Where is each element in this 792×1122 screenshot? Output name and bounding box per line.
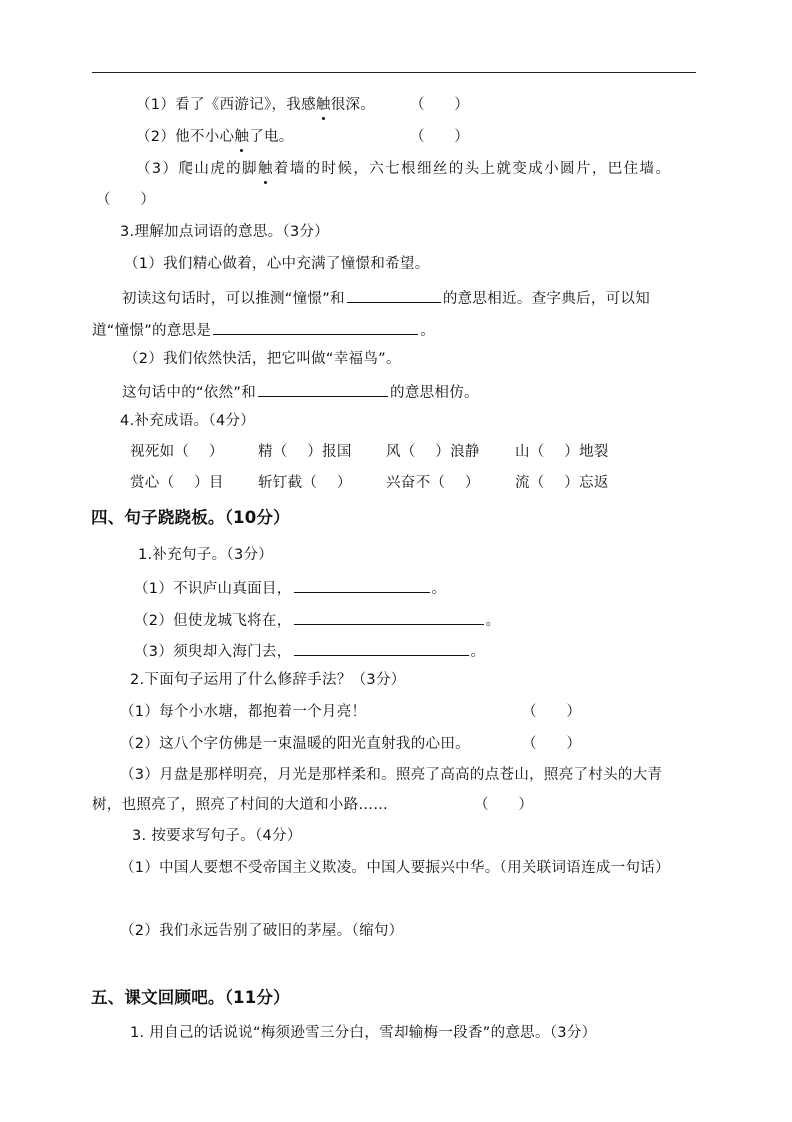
section-heading-4: 四、句子跷跷板。（10分）	[91, 507, 290, 529]
p4-q3-title: 3. 按要求写句子。（4分）	[132, 826, 302, 846]
q2-item-1: （1）看了《西游记》，我感触很深。	[136, 95, 375, 115]
item-text: 着墙的时候，六七根细丝的头上就变成小圆片，巴住墙。	[274, 161, 672, 177]
q2-item-2: （2）他不小心触了电。	[136, 127, 294, 147]
fill-blank[interactable]	[347, 286, 441, 303]
answer-paren[interactable]: （ ）	[474, 795, 533, 815]
fill-blank[interactable]	[258, 380, 388, 397]
item-number: （3）	[136, 161, 178, 177]
p4-q2-item-3: （3）月盘是那样明亮，月光是那样柔和。照亮了高高的点苍山，照亮了村头的大青	[120, 765, 662, 785]
answer-paren-3[interactable]: （ ）	[96, 190, 155, 210]
q3-line-3: 这句话中的“依然”和的意思相仿。	[122, 380, 479, 403]
q3-sentence-1: （1）我们精心做着，心中充满了憧憬和希望。	[124, 254, 430, 274]
fill-blank[interactable]	[294, 608, 484, 625]
item-text: 了电。	[249, 129, 293, 145]
p4-q3-item-1: （1）中国人要想不受帝国主义欺凌。中国人要振兴中华。（用关联词语连成一句话）	[120, 858, 670, 878]
idiom-1-1[interactable]: 视死如（ ）	[130, 442, 224, 462]
idiom-1-2[interactable]: 精（ ）报国	[258, 442, 352, 462]
p4-q3-item-2: （2）我们永远告别了破旧的茅屋。（缩句）	[120, 921, 403, 941]
prompt-text: 。	[420, 323, 435, 339]
prompt-text: 这句话中的“依然”和	[122, 385, 256, 401]
item-number: （1）	[136, 97, 175, 113]
answer-paren-1[interactable]: （ ）	[410, 95, 469, 115]
answer-paren[interactable]: （ ）	[96, 192, 155, 208]
q2-item-3: （3）爬山虎的脚触着墙的时候，六七根细丝的头上就变成小圆片，巴住墙。	[136, 159, 671, 179]
answer-paren-2[interactable]: （ ）	[410, 127, 469, 147]
fill-blank[interactable]	[213, 318, 418, 335]
p4-q1-item-1: （1）不识庐山真面目，。	[134, 576, 446, 599]
answer-paren[interactable]: （ ）	[522, 734, 581, 754]
period: 。	[486, 613, 501, 629]
prompt-text: （2）但使龙城飞将在，	[134, 613, 292, 629]
prompt-text: 的意思相近。查字典后，可以知	[443, 291, 650, 307]
idiom-2-3[interactable]: 兴奋不（ ）	[386, 473, 480, 493]
emphasized-char: 触	[258, 159, 274, 179]
item-number: （2）	[136, 129, 175, 145]
idiom-2-4[interactable]: 流（ ）忘返	[515, 473, 609, 493]
item-text: 看了《西游记》，我感	[175, 97, 316, 113]
prompt-text: 的意思相仿。	[390, 385, 479, 401]
answer-paren[interactable]: （ ）	[410, 97, 469, 113]
q4-title: 4.补充成语。（4分）	[120, 411, 255, 431]
idiom-2-1[interactable]: 赏心（ ）目	[130, 473, 224, 493]
header-rule	[92, 72, 696, 73]
idiom-1-3[interactable]: 风（ ）浪静	[386, 442, 480, 462]
prompt-text: （3）须臾却入海门去，	[134, 644, 292, 660]
section-heading-5: 五、课文回顾吧。（11分）	[91, 987, 290, 1009]
item-text: 爬山虎的脚	[178, 161, 258, 177]
period: 。	[432, 581, 447, 597]
q3-title: 3.理解加点词语的意思。（3分）	[120, 222, 329, 242]
p4-q1-item-3: （3）须臾却入海门去，。	[134, 639, 485, 662]
idiom-1-4[interactable]: 山（ ）地裂	[515, 442, 609, 462]
p4-q1-item-2: （2）但使龙城飞将在，。	[134, 608, 500, 631]
q3-line-2: 道“憧憬”的意思是。	[92, 318, 435, 341]
q3-sentence-2: （2）我们依然快活，把它叫做“幸福鸟”。	[124, 349, 401, 369]
answer-paren[interactable]: （ ）	[522, 702, 581, 722]
p4-q2-title: 2.下面句子运用了什么修辞手法？（3分）	[130, 670, 406, 690]
q3-line-1: 初读这句话时，可以推测“憧憬”和的意思相近。查字典后，可以知	[122, 286, 650, 309]
fill-blank[interactable]	[294, 576, 430, 593]
emphasized-char: 触	[316, 95, 331, 115]
p4-q2-item-2: （2）这八个字仿佛是一束温暖的阳光直射我的心田。	[120, 734, 470, 754]
emphasized-char: 触	[234, 127, 249, 147]
prompt-text: 初读这句话时，可以推测“憧憬”和	[122, 291, 345, 307]
answer-paren[interactable]: （ ）	[410, 129, 469, 145]
p4-q2-item-3-cont: 树，也照亮了，照亮了村间的大道和小路……	[92, 795, 388, 815]
item-text: 很深。	[331, 97, 375, 113]
p5-q1: 1. 用自己的话说说“梅须逊雪三分白，雪却输梅一段香”的意思。（3分）	[130, 1023, 596, 1043]
p4-q1-title: 1.补充句子。（3分）	[138, 545, 273, 565]
item-text: 他不小心	[175, 129, 234, 145]
idiom-2-2[interactable]: 斩钉截（ ）	[258, 473, 352, 493]
period: 。	[471, 644, 486, 660]
p4-q2-item-1: （1）每个小水塘，都抱着一个月亮！	[120, 702, 366, 722]
prompt-text: 道“憧憬”的意思是	[92, 323, 211, 339]
prompt-text: （1）不识庐山真面目，	[134, 581, 292, 597]
fill-blank[interactable]	[294, 639, 469, 656]
